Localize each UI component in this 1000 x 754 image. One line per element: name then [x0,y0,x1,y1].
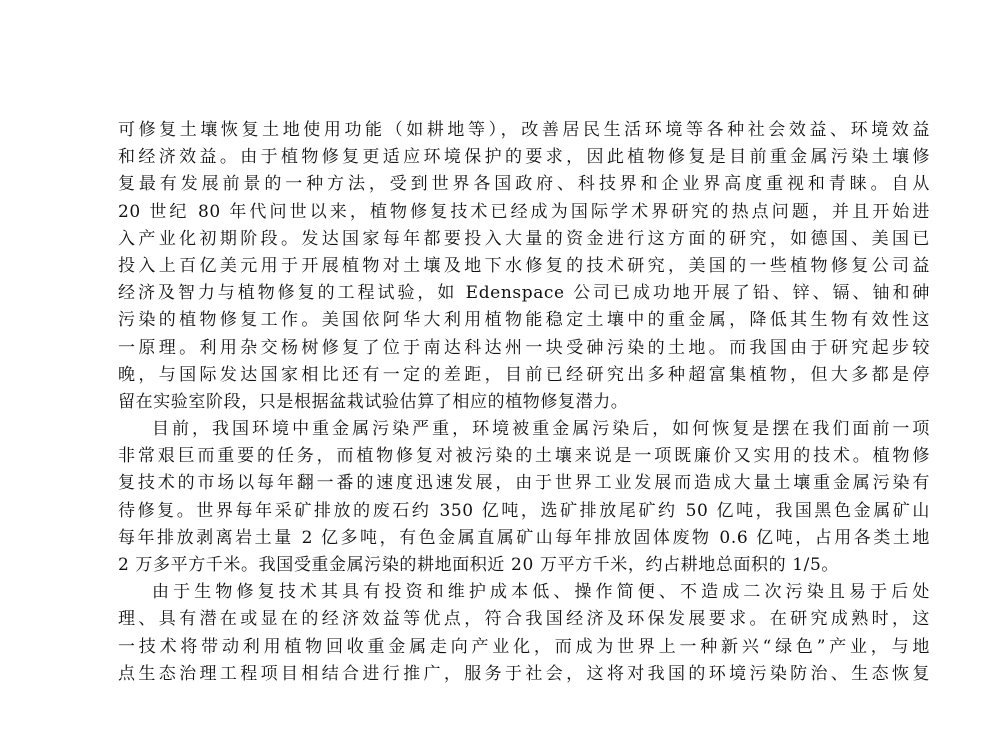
paragraph-first-line: 目前，我国环境中重金属污染严重，环境被重金属污染后，如何恢复是摆在我们面前一项 [118,416,930,443]
text-line: 污染的植物修复工作。美国依阿华大利用植物能稳定土壤中的重金属，降低其生物有效性这 [118,307,930,334]
body-text: 可修复土壤恢复土地使用功能（如耕地等），改善居民生活环境等各种社会效益、环境效益… [118,117,930,688]
text-line: 复技术的市场以每年翻一番的速度迅速发展，由于世界工业发展而造成大量土壤重金属污染… [118,470,930,497]
text-line: 晚，与国际发达国家相比还有一定的差距，目前已经研究出多种超富集植物，但大多都是停 [118,362,930,389]
text-line: 点生态治理工程项目相结合进行推广，服务于社会，这将对我国的环境污染防治、生态恢复 [118,661,930,688]
text-line: 投入上百亿美元用于开展植物对土壤及地下水修复的技术研究，美国的一些植物修复公司益 [118,253,930,280]
text-line: 入产业化初期阶段。发达国家每年都要投入大量的资金进行这方面的研究，如德国、美国已 [118,226,930,253]
paragraph-first-line: 由于生物修复技术其具有投资和维护成本低、操作简便、不造成二次污染且易于后处 [118,579,930,606]
text-line: 经济及智力与植物修复的工程试验，如 Edenspace 公司已成功地开展了铅、锌… [118,280,930,307]
text-line: 待修复。世界每年采矿排放的废石约 350 亿吨，选矿排放尾矿约 50 亿吨，我国… [118,498,930,525]
text-line: 理、具有潜在或显在的经济效益等优点，符合我国经济及环保发展要求。在研究成熟时，这 [118,606,930,633]
document-page: 可修复土壤恢复土地使用功能（如耕地等），改善居民生活环境等各种社会效益、环境效益… [0,0,1000,754]
text-line: 20 世纪 80 年代问世以来，植物修复技术已经成为国际学术界研究的热点问题，并… [118,199,930,226]
text-line: 一原理。利用杂交杨树修复了位于南达科达州一块受砷污染的土地。而我国由于研究起步较 [118,335,930,362]
text-line: 2 万多平方千米。我国受重金属污染的耕地面积近 20 万平方千米，约占耕地总面积… [118,552,930,579]
text-line: 一技术将带动利用植物回收重金属走向产业化，而成为世界上一种新兴“绿色”产业，与地 [118,634,930,661]
text-line: 每年排放剥离岩土量 2 亿多吨，有色金属直属矿山每年排放固体废物 0.6 亿吨，… [118,525,930,552]
text-line: 可修复土壤恢复土地使用功能（如耕地等），改善居民生活环境等各种社会效益、环境效益 [118,117,930,144]
text-line: 留在实验室阶段，只是根据盆栽试验估算了相应的植物修复潜力。 [118,389,930,416]
text-line: 复最有发展前景的一种方法，受到世界各国政府、科技界和企业界高度重视和青睐。自从 [118,171,930,198]
text-line: 非常艰巨而重要的任务，而植物修复对被污染的土壤来说是一项既廉价又实用的技术。植物… [118,443,930,470]
text-line: 和经济效益。由于植物修复更适应环境保护的要求，因此植物修复是目前重金属污染土壤修 [118,144,930,171]
